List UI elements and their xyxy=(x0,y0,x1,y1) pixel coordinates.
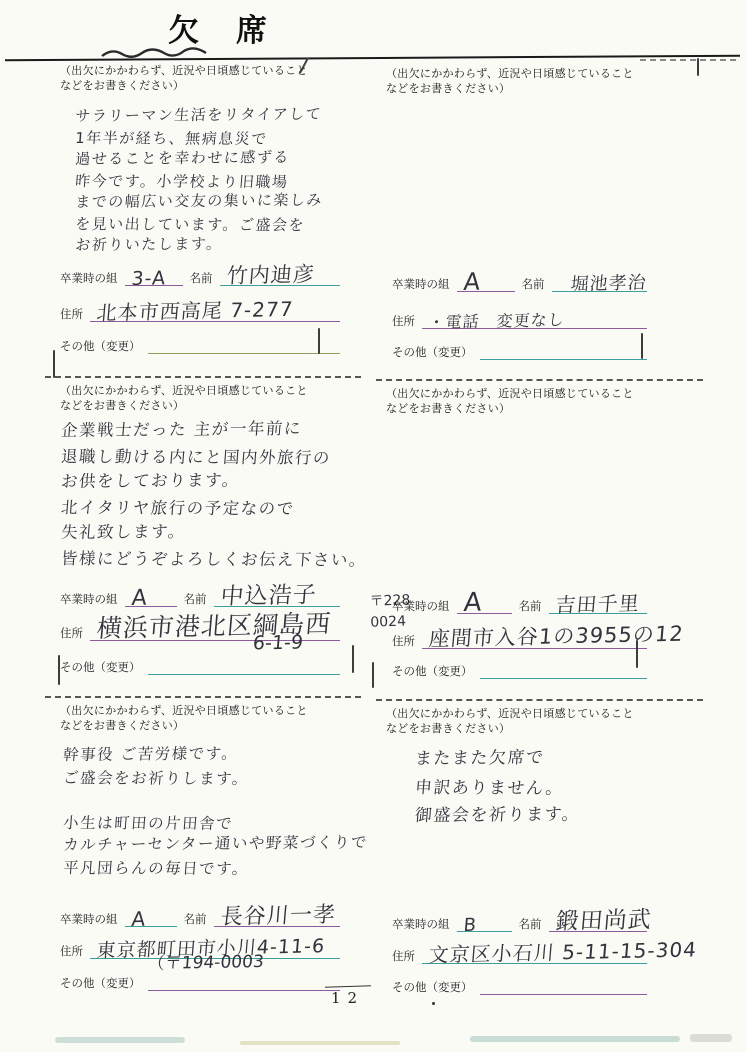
prompt-line-2: などをお書きください） xyxy=(60,79,308,94)
field-row-other: その他（変更） xyxy=(60,658,340,675)
address-note: （〒194-0003 xyxy=(147,947,265,974)
prompt-text: （出欠にかかわらず、近況や日頃感じていること などをお書きください） xyxy=(386,67,634,97)
message-line: お供をしております。 xyxy=(60,466,368,494)
section-divider xyxy=(376,699,703,701)
message-line: またまた欠席で xyxy=(414,744,582,774)
entry-section-left-2: （出欠にかかわらず、近況や日頃感じていること などをお書きください） 企業戦士だ… xyxy=(48,382,366,697)
name-label: 名前 xyxy=(184,911,207,927)
class-field: A xyxy=(125,590,177,607)
section-divider xyxy=(45,376,361,378)
address-value: ・電話 変更なし xyxy=(428,307,566,333)
prompt-line-1: （出欠にかかわらず、近況や日頃感じていること xyxy=(386,387,634,402)
entry-section-right-1: （出欠にかかわらず、近況や日頃感じていること などをお書きください） 卒業時の組… xyxy=(378,65,703,377)
class-field: B xyxy=(457,915,512,932)
address-label: 住所 xyxy=(60,943,83,959)
address-value: 座間市入谷1の3955の12 xyxy=(427,618,685,653)
postal-note-line-2: 0024 xyxy=(370,611,411,633)
entry-section-right-3: （出欠にかかわらず、近況や日頃感じていること などをお書きください） またまた欠… xyxy=(378,705,703,1013)
name-field: 鍛田尚武 xyxy=(549,915,648,932)
address-note: 6-1-9 xyxy=(252,632,304,655)
other-field xyxy=(480,662,648,679)
scan-artifact-tick xyxy=(697,58,699,76)
message-line: お祈りいたします。 xyxy=(74,233,323,257)
field-row-class-name: 卒業時の組 A 名前 長谷川一孝 xyxy=(60,910,340,927)
field-row-class-name: 卒業時の組 B 名前 鍛田尚武 xyxy=(392,915,647,932)
message-line: 企業戦士だった 主が一年前に xyxy=(60,415,368,443)
other-label: その他（変更） xyxy=(392,663,473,679)
scan-artifact-tick xyxy=(636,640,638,668)
class-label: 卒業時の組 xyxy=(60,591,118,607)
prompt-line-1: （出欠にかかわらず、近況や日頃感じていること xyxy=(60,64,308,79)
message-line: 幹事役 ご苦労様です。 xyxy=(62,741,369,766)
scan-artifact-tick xyxy=(318,328,320,354)
prompt-line-2: などをお書きください） xyxy=(60,719,308,734)
address-field: 北本市西高尾 7-277 xyxy=(90,305,340,322)
name-value: 堀池孝治 xyxy=(569,268,647,296)
scan-artifact-dashes xyxy=(640,59,736,61)
other-label: その他（変更） xyxy=(392,979,473,995)
address-label: 住所 xyxy=(60,306,83,322)
prompt-line-1: （出欠にかかわらず、近況や日頃感じていること xyxy=(386,707,634,722)
field-row-class-name: 卒業時の組 3-A 名前 竹内迪彦 xyxy=(60,269,340,286)
class-value: B xyxy=(462,915,477,936)
field-row-address: 住所 座間市入谷1の3955の12 xyxy=(392,632,647,649)
page-title: 欠席 xyxy=(168,5,304,50)
message-line: カルチャーセンター通いや野菜づくりで xyxy=(62,831,369,856)
other-field xyxy=(148,974,341,991)
name-label: 名前 xyxy=(519,916,542,932)
other-label: その他（変更） xyxy=(60,659,141,675)
address-value: 文京区小石川 5-11-15-304 xyxy=(428,933,699,968)
class-label: 卒業時の組 xyxy=(392,276,450,292)
address-label: 住所 xyxy=(392,633,415,649)
scan-artifact-scribble xyxy=(100,46,210,62)
prompt-text: （出欠にかかわらず、近況や日頃感じていること などをお書きください） xyxy=(386,387,634,417)
other-field xyxy=(480,978,648,995)
name-field: 長谷川一孝 xyxy=(214,910,341,927)
message-line: 御盛会を祈ります。 xyxy=(414,801,582,831)
name-field: 堀池孝治 xyxy=(552,275,648,292)
message-line: 皆様にどうぞよろしくお伝え下さい。 xyxy=(60,546,368,573)
other-field xyxy=(148,337,341,354)
scan-artifact-smudge xyxy=(470,1036,680,1042)
message-line: 失礼致します。 xyxy=(60,517,368,545)
handwritten-message: 幹事役 ご苦労様です。 ご盛会をお祈りします。 小生は町田の片田舎で カルチャー… xyxy=(64,744,369,879)
message-line: までの幅広い交友の集いに楽しみ xyxy=(74,190,323,214)
address-field: ・電話 変更なし xyxy=(422,312,647,329)
address-label: 住所 xyxy=(60,625,83,641)
prompt-line-1: （出欠にかかわらず、近況や日頃感じていること xyxy=(386,67,634,82)
class-field: A xyxy=(457,597,512,614)
class-value: A xyxy=(462,268,482,296)
prompt-line-2: などをお書きください） xyxy=(386,402,634,417)
field-row-other: その他（変更） xyxy=(392,662,647,679)
prompt-line-2: などをお書きください） xyxy=(60,399,308,414)
other-label: その他（変更） xyxy=(60,338,141,354)
message-line: サラリーマン生活をリタイアして xyxy=(74,104,323,128)
message-line: 申訳ありません。 xyxy=(414,774,581,803)
name-label: 名前 xyxy=(184,591,207,607)
class-value: A xyxy=(462,588,483,618)
name-label: 名前 xyxy=(522,276,545,292)
prompt-line-2: などをお書きください） xyxy=(386,722,634,737)
prompt-text: （出欠にかかわらず、近況や日頃感じていること などをお書きください） xyxy=(60,64,308,94)
prompt-line-1: （出欠にかかわらず、近況や日頃感じていること xyxy=(60,704,308,719)
message-line: 過せることを幸わせに感ずる xyxy=(74,147,323,171)
name-value: 鍛田尚武 xyxy=(554,901,653,936)
section-divider xyxy=(376,379,703,381)
scan-artifact-tick xyxy=(641,333,643,359)
handwritten-message: またまた欠席で 申訳ありません。 御盛会を祈ります。 xyxy=(416,745,581,831)
scan-artifact-smudge xyxy=(690,1034,732,1042)
handwritten-message: 企業戦士だった 主が一年前に 退職し動ける内にと国内外旅行の お供をしております… xyxy=(62,418,368,571)
scan-artifact-dot xyxy=(432,1002,435,1005)
address-label: 住所 xyxy=(392,948,415,964)
prompt-text: （出欠にかかわらず、近況や日頃感じていること などをお書きください） xyxy=(60,384,308,414)
name-label: 名前 xyxy=(190,270,213,286)
name-field: 竹内迪彦 xyxy=(220,269,341,286)
class-label: 卒業時の組 xyxy=(60,911,118,927)
field-row-address: 住所 北本市西高尾 7-277 xyxy=(60,305,340,322)
class-label: 卒業時の組 xyxy=(392,916,450,932)
address-field: 文京区小石川 5-11-15-304 xyxy=(422,947,647,964)
class-label: 卒業時の組 xyxy=(60,270,118,286)
address-label: 住所 xyxy=(392,313,415,329)
scan-artifact-smudge xyxy=(240,1041,400,1045)
message-line: 平凡団らんの毎日です。 xyxy=(62,857,368,881)
entry-section-left-3: （出欠にかかわらず、近況や日頃感じていること などをお書きください） 幹事役 ご… xyxy=(48,702,366,1012)
entry-section-right-2: （出欠にかかわらず、近況や日頃感じていること などをお書きください） 〒228 … xyxy=(378,385,703,697)
name-value: 吉田千里 xyxy=(554,587,641,618)
field-row-other: その他（変更） xyxy=(60,337,340,354)
scan-artifact-smudge xyxy=(55,1037,185,1043)
class-value: 3-A xyxy=(130,267,166,290)
address-field: 座間市入谷1の3955の12 xyxy=(422,632,647,649)
field-row-address: 住所 文京区小石川 5-11-15-304 xyxy=(392,947,647,964)
scan-artifact-tick xyxy=(53,350,55,378)
field-row-class-name: 卒業時の組 A 名前 吉田千里 xyxy=(392,597,647,614)
scan-artifact-tick xyxy=(58,655,60,685)
class-field: 3-A xyxy=(125,269,183,286)
prompt-text: （出欠にかかわらず、近況や日頃感じていること などをお書きください） xyxy=(60,704,308,734)
scan-artifact-tick xyxy=(352,645,354,673)
name-label: 名前 xyxy=(519,598,542,614)
class-field: A xyxy=(125,910,177,927)
address-value: 北本市西高尾 7-277 xyxy=(96,293,295,326)
name-value: 竹内迪彦 xyxy=(225,258,316,290)
field-row-other: その他（変更） xyxy=(392,978,647,995)
class-value: A xyxy=(130,907,147,931)
scan-artifact-tick xyxy=(372,662,374,688)
other-label: その他（変更） xyxy=(60,975,141,991)
other-label: その他（変更） xyxy=(392,344,473,360)
name-field: 吉田千里 xyxy=(549,597,648,614)
prompt-line-2: などをお書きください） xyxy=(386,82,634,97)
message-line xyxy=(62,786,369,811)
class-label: 卒業時の組 xyxy=(392,598,450,614)
field-row-address: 住所 ・電話 変更なし xyxy=(392,312,647,329)
class-field: A xyxy=(457,275,515,292)
page-number: 12 xyxy=(331,989,364,1007)
other-field xyxy=(148,658,341,675)
handwritten-message: サラリーマン生活をリタイアして 1年半が経ち、無病息災で 過せることを幸わせに感… xyxy=(76,106,324,257)
prompt-text: （出欠にかかわらず、近況や日頃感じていること などをお書きください） xyxy=(386,707,634,737)
field-row-other: その他（変更） xyxy=(60,974,340,991)
other-field xyxy=(480,343,648,360)
prompt-line-1: （出欠にかかわらず、近況や日頃感じていること xyxy=(60,384,308,399)
scanned-absence-reply-sheet: 欠席 （出欠にかかわらず、近況や日頃感じていること などをお書きください） サラ… xyxy=(0,0,746,1052)
field-row-other: その他（変更） xyxy=(392,343,647,360)
name-value: 長谷川一孝 xyxy=(219,898,337,931)
field-row-class-name: 卒業時の組 A 名前 堀池孝治 xyxy=(392,275,647,292)
